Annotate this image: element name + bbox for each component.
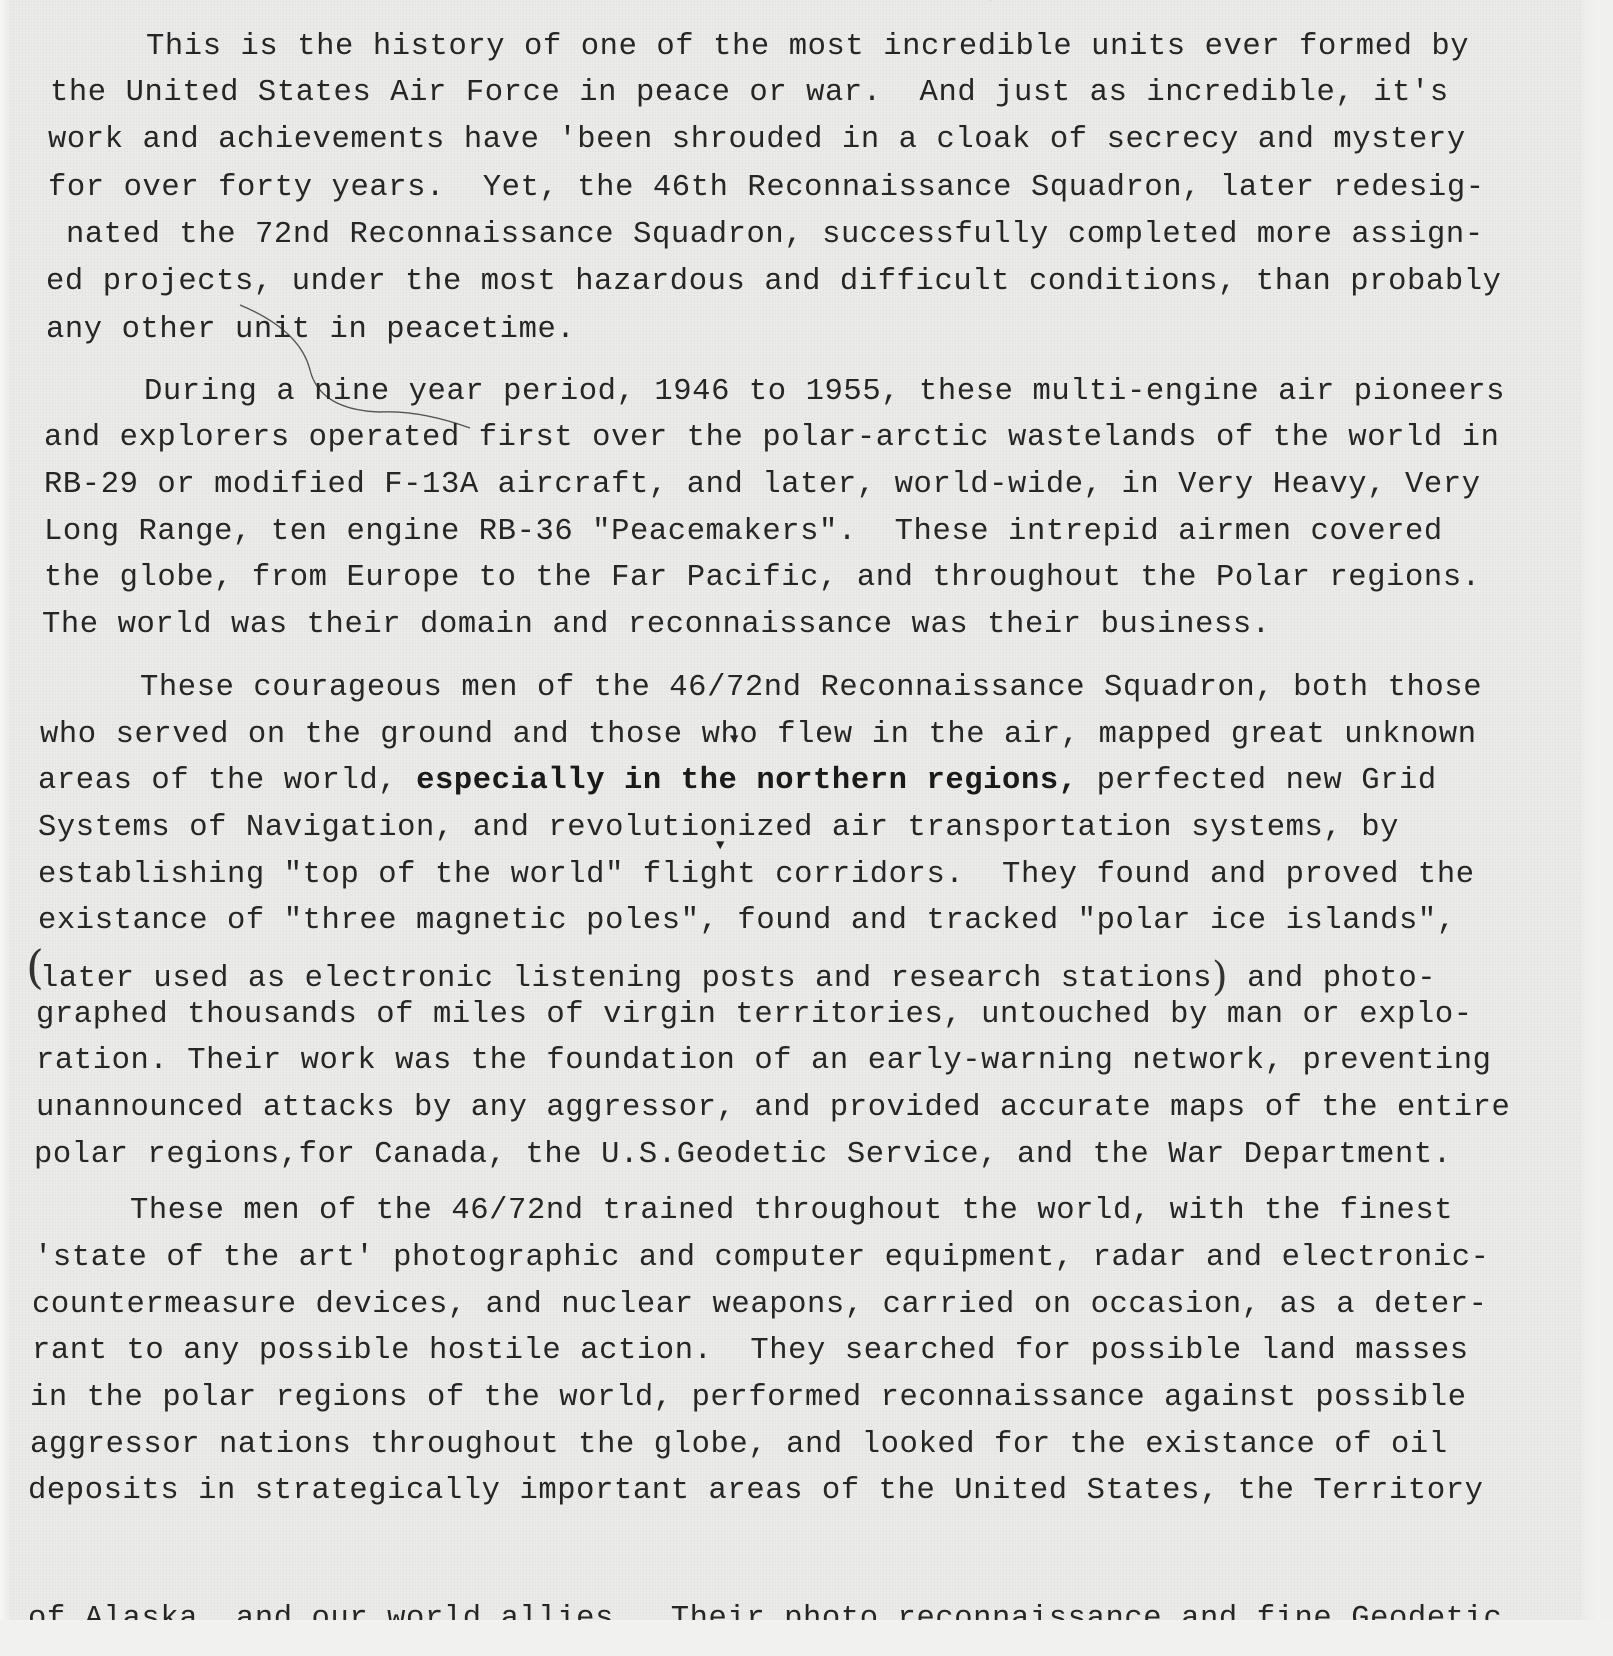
text-line: RB-29 or modified F-13A aircraft, and la… [44,470,1481,501]
text-line: deposits in strategically important area… [28,1476,1484,1507]
text-line: ed projects, under the most hazardous an… [46,267,1502,298]
page-edge-left [0,0,10,1620]
text-line: ration. Their work was the foundation of… [36,1046,1492,1077]
text-line-cutoff: of Alaska, and our world allies. Their p… [28,1604,1502,1620]
text-line-with-comma-mark: polar regions,for Canada, the U.S.Geodet… [34,1140,1452,1171]
page-edge-right [1582,0,1600,1620]
text-line: This is the history of one of the most i… [146,32,1469,63]
text-line: the United States Air Force in peace or … [50,78,1449,109]
text-line: nated the 72nd Reconnaissance Squadron, … [66,220,1484,251]
text-line: These men of the 46/72nd trained through… [130,1196,1453,1227]
handwritten-comma: , [280,1138,299,1172]
text-line-with-redaction: areas of the world, especially in the no… [38,766,1437,797]
text-line: graphed thousands of miles of virgin ter… [36,1000,1473,1031]
text-line: for over forty years. Yet, the 46th Reco… [48,173,1485,204]
text-segment: later used as electronic listening posts… [40,962,1212,996]
text-segment: for Canada, the U.S.Geodetic Service, an… [299,1138,1452,1172]
text-line: countermeasure devices, and nuclear weap… [32,1290,1488,1321]
scanned-document-page: This is the history of one of the most i… [0,0,1600,1620]
text-line: rant to any possible hostile action. The… [32,1336,1469,1367]
text-segment: perfected new Grid [1078,764,1437,798]
text-line: These courageous men of the 46/72nd Reco… [140,673,1482,704]
text-line: aggressor nations throughout the globe, … [30,1430,1448,1461]
handwritten-close-paren: ) [1212,954,1228,1000]
text-line: work and achievements have 'been shroude… [48,125,1466,156]
highlighted-redacted-phrase: especially in the northern regions, [416,766,1078,797]
text-line: unannounced attacks by any aggressor, an… [36,1093,1510,1124]
text-line: any other unit in peacetime. [46,315,575,346]
text-line: Systems of Navigation, and revolutionize… [38,813,1399,844]
text-line: establishing "top of the world" flight c… [38,860,1475,891]
text-segment: and photo- [1228,962,1436,996]
text-line: the globe, from Europe to the Far Pacifi… [44,563,1481,594]
text-line: During a nine year period, 1946 to 1955,… [144,377,1505,408]
text-line: existance of "three magnetic poles", fou… [38,906,1456,937]
text-line: who served on the ground and those who f… [40,720,1477,751]
text-line: 'state of the art' photographic and comp… [34,1243,1490,1274]
text-line: Long Range, ten engine RB-36 "Peacemaker… [44,517,1443,548]
text-line: The world was their domain and reconnais… [42,610,1271,641]
text-segment: polar regions [34,1138,280,1172]
text-line: and explorers operated first over the po… [44,423,1500,454]
text-line: in the polar regions of the world, perfo… [30,1383,1467,1414]
scan-bottom-margin [0,1620,1613,1656]
text-line-with-paren: later used as electronic listening posts… [40,953,1436,995]
text-segment: areas of the world, [38,764,416,798]
